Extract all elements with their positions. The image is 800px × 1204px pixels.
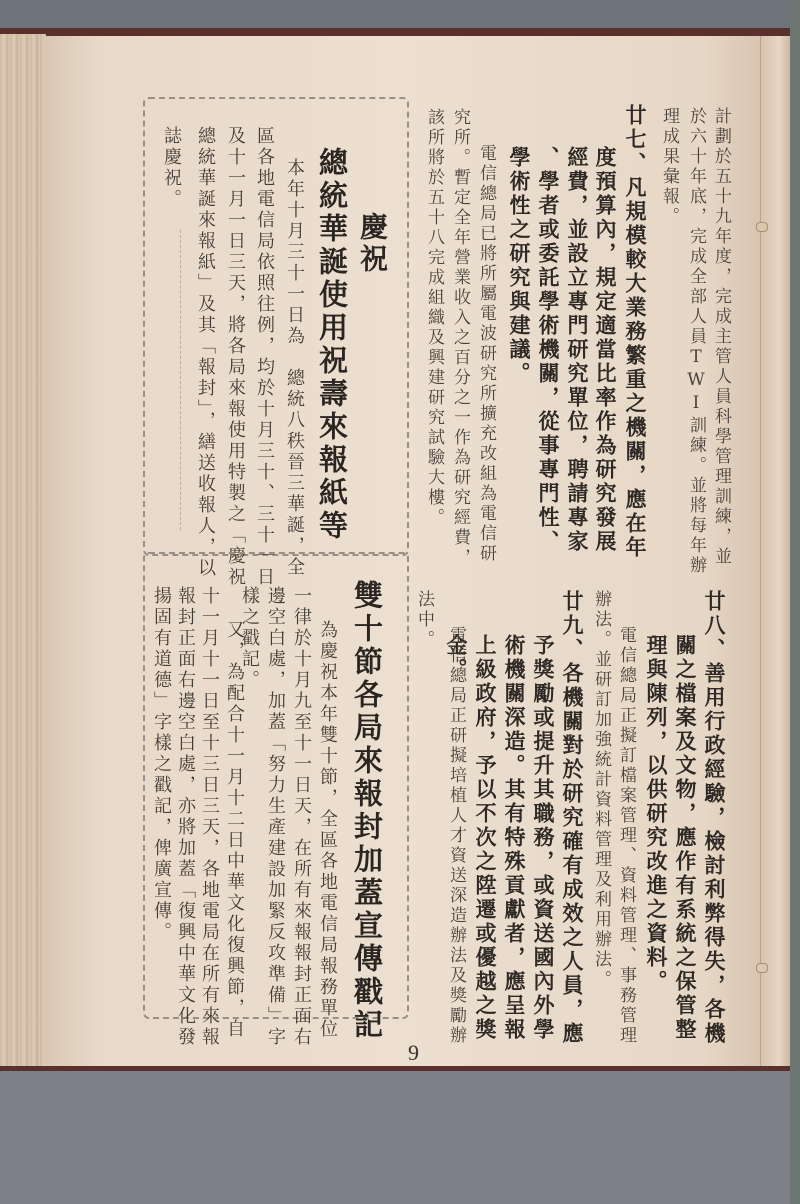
binding-bar	[790, 0, 800, 1204]
article-box-celebration	[143, 97, 409, 556]
book-bottom-edge	[0, 1066, 790, 1071]
article-body-line: 區各地電信局依照往例，均於十月三十、三十一日	[255, 126, 273, 588]
item28-line: 關之檔案及文物，應作有系統之保管整	[674, 634, 695, 1042]
article-body-line: 又，為配合十一月十二日中華文化復興節，自	[225, 620, 243, 1040]
article-body-line: 本年十月三十一日為 總統八秩晉三華誕，全	[285, 158, 303, 578]
item27-note-line: 究所。暫定全年營業收入之百分之一作為研究經費，	[451, 108, 468, 568]
article-body-line: 誌慶祝。	[162, 126, 180, 210]
fold-line	[180, 230, 181, 530]
item29-line: 予獎勵或提升其職務，或資送國內外學	[532, 634, 553, 1042]
article-headline: 總統華誕使用祝壽來報紙等	[317, 147, 346, 543]
article-body-line: 十一月十一日至十三日三天，各地電局在所有來報	[200, 586, 218, 1048]
article-tag: 慶祝	[358, 212, 386, 276]
article-body-line: 及十一月一日三天，將各局來報使用特製之「慶祝	[226, 126, 244, 588]
item29-line: 上級政府，予以不次之陞遷或優越之獎	[474, 634, 495, 1042]
item27-line: 、學者或委託學術機關，從事專門性、	[537, 146, 558, 554]
item28-line: 理與陳列，以供研究改進之資料。	[645, 634, 666, 994]
item27-note-line: 該所將於五十八完成組織及興建研究試驗大樓。	[425, 108, 442, 528]
item29-note-line: 法中。	[415, 590, 432, 650]
item27-line: 經費，並設立專門研究單位，聘請專家	[566, 146, 587, 554]
article-body-line: 為慶祝本年雙十節，全區各地電信局報務單位	[318, 620, 336, 1040]
continuation-line: 計劃於五十九年度，完成主管人員科學管理訓練，並	[712, 107, 729, 567]
item27-line: 度預算內，規定適當比率作為研究發展	[594, 146, 615, 554]
article-body-line: 報封正面右邊空白處，亦將加蓋「復興中華文化發	[176, 586, 194, 1048]
item29-note-line: 電信總局正研擬培植人才資送深造辦法及獎勵辦	[447, 626, 464, 1046]
item28-note-line: 辦法。並研訂加強統計資料管理及利用辦法。	[592, 590, 609, 990]
item28-line: 廿八、善用行政經驗，檢討利弊得失，各機	[703, 590, 724, 1046]
item28-note-line: 電信總局正擬訂檔案管理、資料管理、事務管理	[617, 626, 634, 1046]
right-page-edge	[760, 36, 791, 1066]
item27-note-line: 電信總局已將所屬電波研究所擴充改組為電信研	[477, 144, 494, 564]
page-number: 9	[408, 1040, 419, 1066]
article-body-line: 邊空白處，加蓋「努力生產建設加緊反攻準備」字	[266, 586, 284, 1048]
item29-line: 廿九、各機關對於研究確有成效之人員，應	[561, 590, 582, 1046]
binding-thread	[756, 963, 768, 973]
page-stack-edge	[0, 34, 46, 1066]
item27-line: 廿七、凡規模較大業務繁重之機關，應在年	[624, 104, 645, 560]
continuation-line: 理成果彙報。	[660, 107, 677, 227]
binding-thread	[756, 222, 768, 232]
item27-line: 學術性之研究與建議。	[508, 146, 529, 386]
article-headline: 雙十節各局來報封加蓋宣傳戳記	[352, 580, 381, 1042]
continuation-line: 於六十年底，完成全部人員TWI訓練。並將每年辦	[687, 107, 704, 576]
article-body-line: 揚固有道德」字樣之戳記，俾廣宣傳。	[152, 586, 170, 943]
article-body-line: 總統華誕來報紙」及其「報封」，繕送收報人，以	[196, 126, 214, 579]
item29-line: 術機關深造。其有特殊貢獻者，應呈報	[503, 634, 524, 1042]
article-body-line: 一律於十月九至十一日天，在所有來報報封正面右	[292, 586, 310, 1048]
